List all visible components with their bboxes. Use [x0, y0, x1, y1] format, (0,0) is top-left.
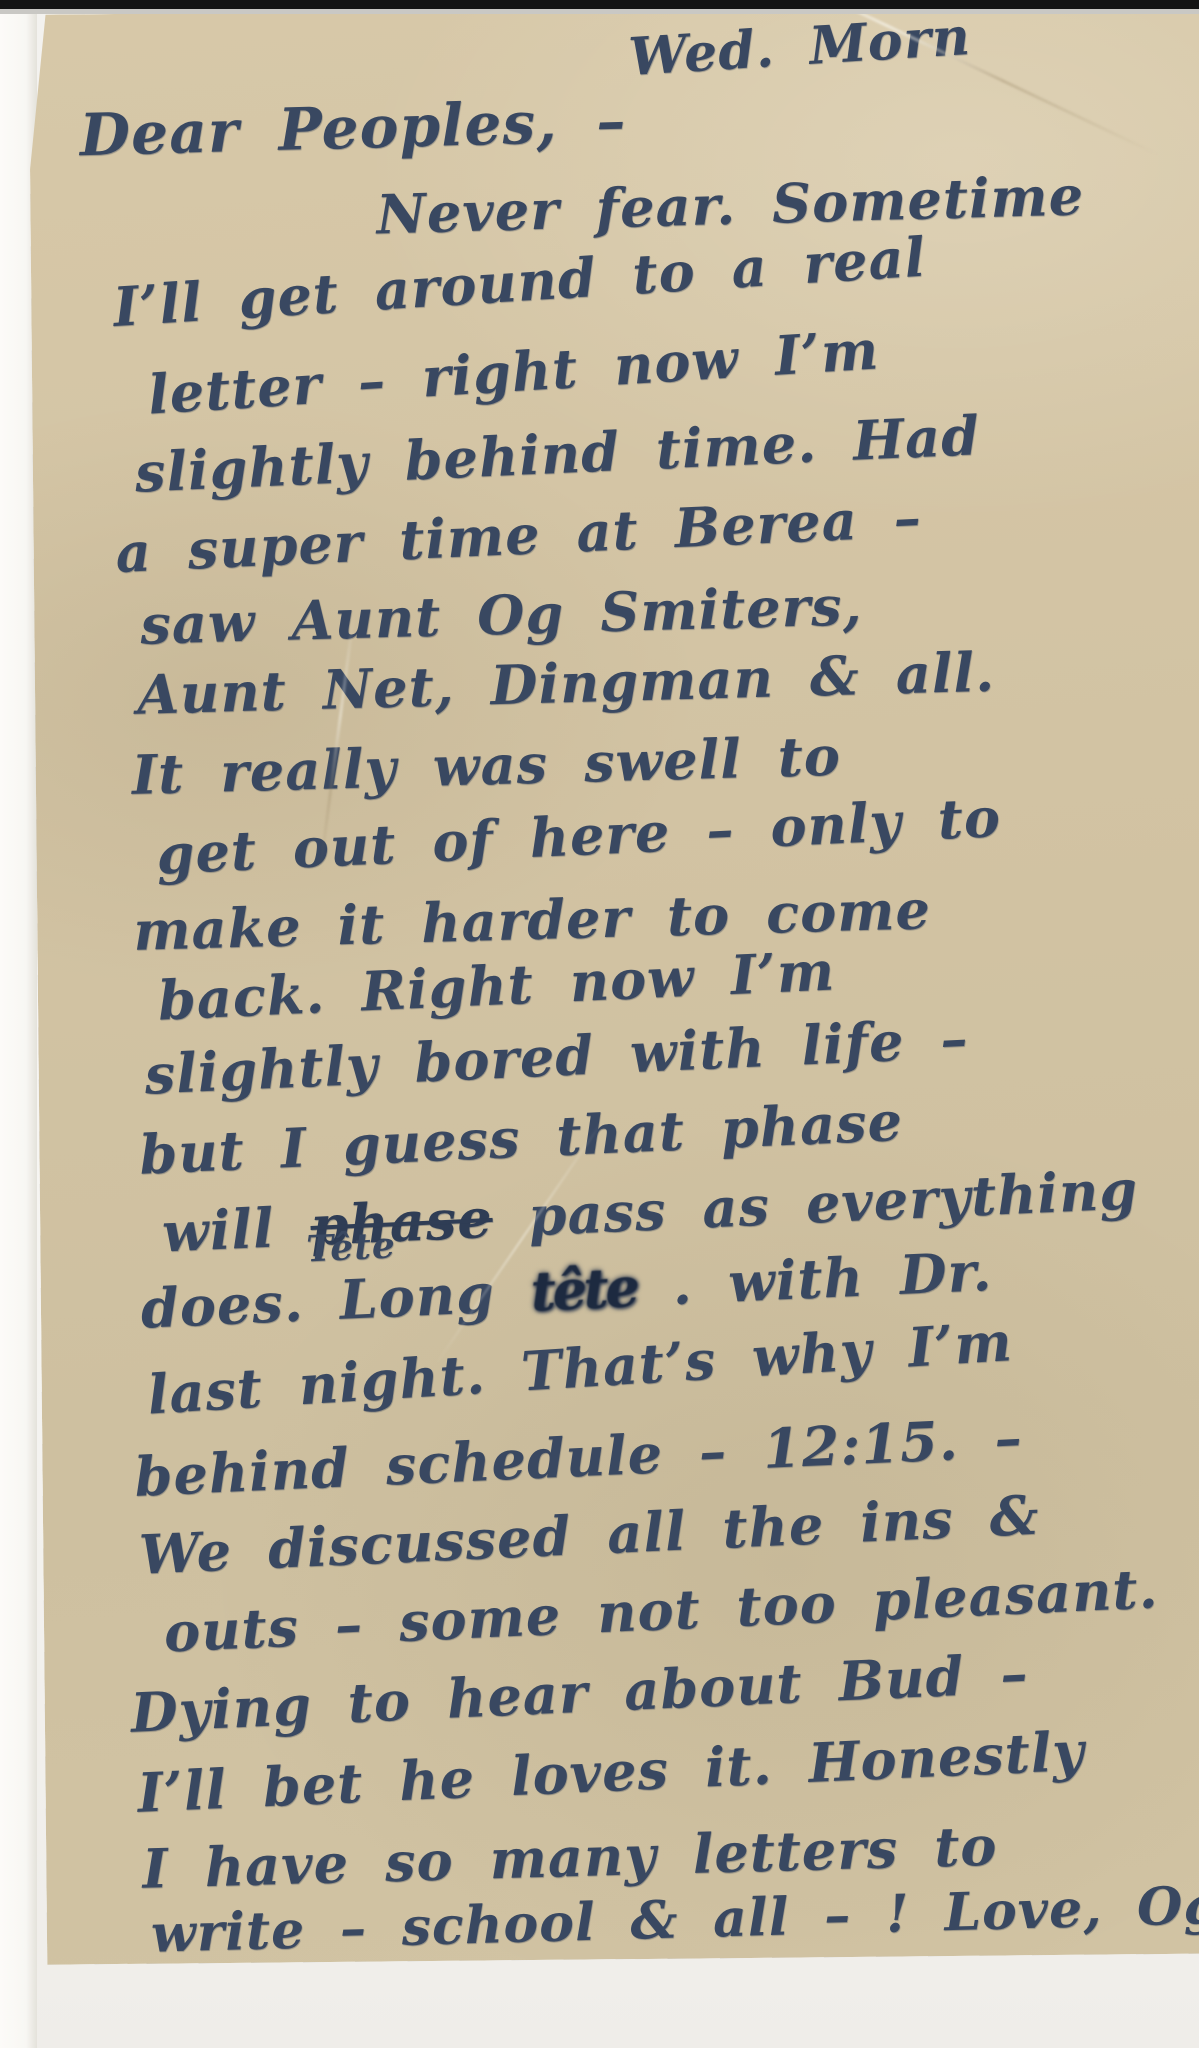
ink-blot-word: tête — [529, 1255, 637, 1324]
strike-line-pre: will — [161, 1196, 276, 1265]
letter-card: Wed. Morn Dear Peoples, – Never fear. So… — [29, 3, 1199, 1965]
dateline: Wed. Morn — [627, 8, 972, 86]
scanner-edge-bar — [0, 0, 1199, 9]
strike-line-post: pass as everything — [527, 1157, 1139, 1248]
handwritten-line: but I guess that phase — [138, 1092, 904, 1185]
handwritten-line: letter – right now I’m — [146, 320, 880, 425]
insert-line-pre: does. Long — [140, 1261, 497, 1341]
handwritten-line: It really was swell to — [131, 727, 842, 806]
salutation: Dear Peoples, – — [79, 90, 627, 169]
handwritten-line: a super time at Berea – — [114, 488, 923, 583]
scanned-letter-page: Wed. Morn Dear Peoples, – Never fear. So… — [0, 0, 1199, 2048]
handwritten-line: Aunt Net, Dingman & all. — [136, 643, 995, 726]
handwritten-line: Never fear. Sometime — [376, 166, 1085, 245]
inserted-word: Tête — [306, 1226, 397, 1270]
insert-line-post: . with Dr. — [671, 1239, 993, 1317]
scanner-edge-shadow — [0, 9, 1199, 14]
handwritten-line: saw Aunt Og Smiters, — [140, 576, 864, 655]
